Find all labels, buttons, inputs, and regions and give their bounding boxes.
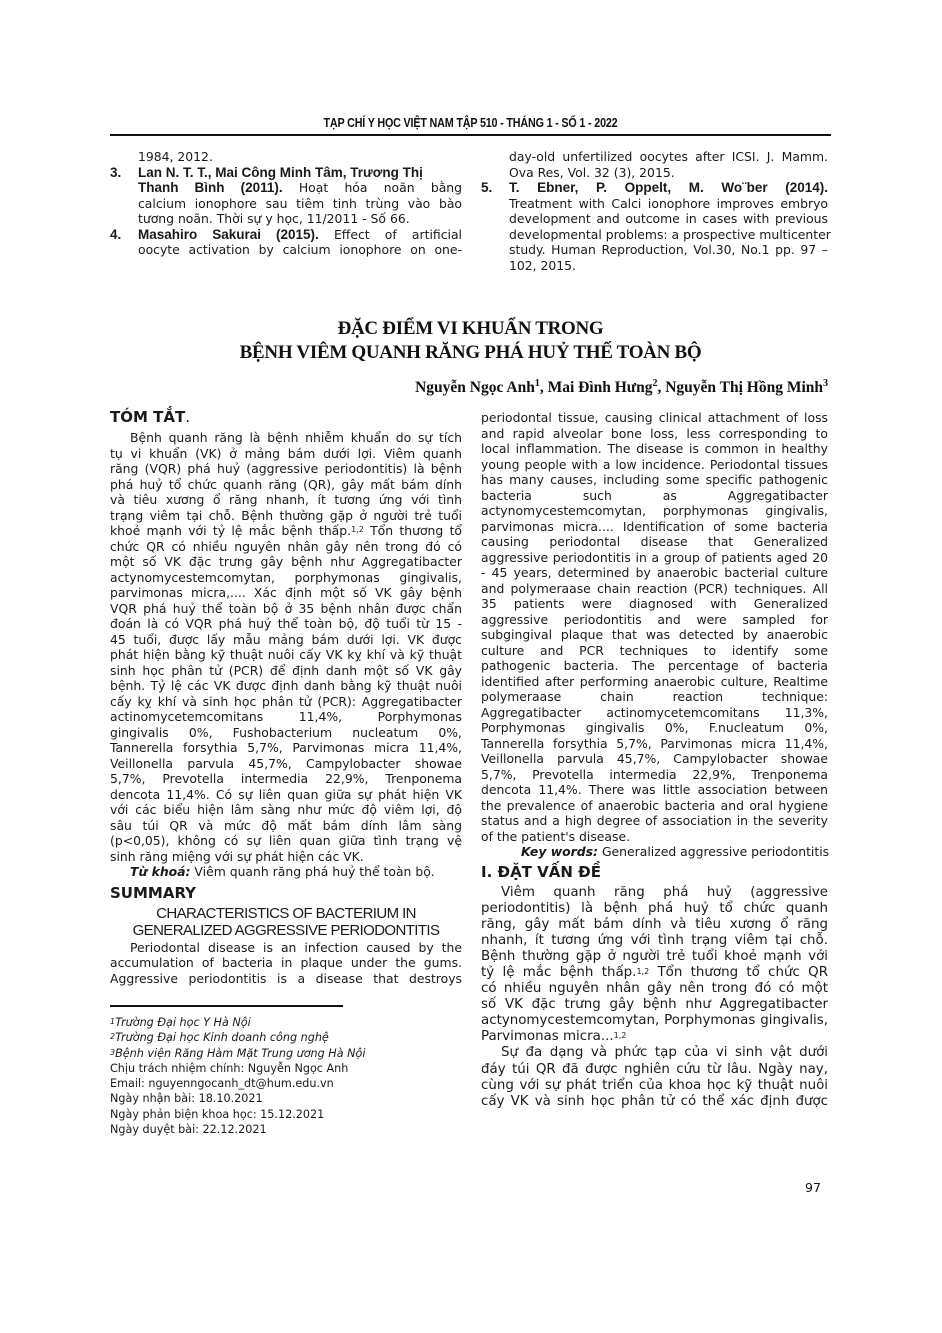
journal-running-header: TẠP CHÍ Y HỌC VIỆT NAM TẬP 510 - THÁNG 1…: [160, 116, 780, 130]
right-column: periodontal tissue, causing clinical att…: [481, 410, 828, 1110]
left-column: TÓM TẮT. Bệnh quanh răng là bệnh nhiễm k…: [110, 410, 462, 986]
references-right: day-old unfertilized oocytes after ICSI.…: [481, 149, 828, 273]
reference-number: 5.: [481, 180, 492, 196]
article-title-line-2: BỆNH VIÊM QUANH RĂNG PHÁ HUỶ THẾ TOÀN BỘ: [110, 342, 831, 364]
keywords-vi: Từ khoá: Viêm quanh răng phá huỷ thể toà…: [110, 864, 462, 880]
summary-title-line-2: GENERALIZED AGGRESSIVE PERIODONTITIS: [110, 923, 462, 940]
section-1-body: Viêm quanh răng phá huỷ (aggressive peri…: [481, 885, 828, 1110]
author-name: Nguyễn Thị Hồng Minh: [665, 379, 823, 396]
reference-continuation: day-old unfertilized oocytes after ICSI.…: [481, 149, 828, 180]
abstract-heading: TÓM TẮT.: [110, 410, 462, 430]
summary-body-right: periodontal tissue, causing clinical att…: [481, 410, 828, 860]
keywords-en: Key words: Generalized aggressive period…: [481, 844, 828, 860]
reference-item-4: 4. Masahiro Sakurai (2015). Effect of ar…: [110, 227, 462, 258]
author-list: Nguyễn Ngọc Anh1, Mai Đình Hưng2, Nguyễn…: [300, 378, 828, 397]
author-name: Nguyễn Ngọc Anh: [415, 379, 535, 396]
reference-number: 4.: [110, 227, 121, 243]
date-received: Ngày nhận bài: 18.10.2021: [110, 1091, 462, 1106]
author-affiliation-sup: 1: [535, 378, 540, 389]
date-accepted: Ngày duyệt bài: 22.12.2021: [110, 1122, 462, 1137]
reference-number: 3.: [110, 165, 121, 181]
references-left: 1984, 2012. 3. Lan N. T. T., Mai Công Mi…: [110, 149, 462, 258]
abstract-vi-body: Bệnh quanh răng là bệnh nhiễm khuẩn do s…: [110, 430, 462, 880]
author-name: Mai Đình Hưng: [548, 379, 653, 396]
summary-body-left: Periodontal disease is an infection caus…: [110, 940, 462, 987]
footnotes: 1Trường Đại học Y Hà Nội 2Trường Đại học…: [110, 1015, 462, 1137]
affiliation-1: 1Trường Đại học Y Hà Nội: [110, 1015, 462, 1030]
reference-item-3: 3. Lan N. T. T., Mai Công Minh Tâm, Trươ…: [110, 165, 462, 227]
author-affiliation-sup: 3: [823, 378, 828, 389]
reference-continuation: 1984, 2012.: [110, 149, 462, 165]
affiliation-2: 2Trường Đại học Kinh doanh công nghệ: [110, 1030, 462, 1045]
corresponding-email: Email: nguyenngocanh_dt@hum.edu.vn: [110, 1076, 462, 1091]
affiliation-3: 3Bệnh viện Răng Hàm Mặt Trung ương Hà Nộ…: [110, 1046, 462, 1061]
header-rule: [110, 134, 831, 136]
date-reviewed: Ngày phản biện khoa học: 15.12.2021: [110, 1107, 462, 1122]
reference-item-5: 5. T. Ebner, P. Oppelt, M. Wo¨ber (2014)…: [481, 180, 828, 273]
summary-heading: SUMMARY: [110, 886, 462, 906]
page-number: 97: [805, 1180, 821, 1195]
summary-title-line-1: CHARACTERISTICS OF BACTERIUM IN: [110, 906, 462, 923]
author-affiliation-sup: 2: [652, 378, 657, 389]
article-title-line-1: ĐẶC ĐIỂM VI KHUẨN TRONG: [110, 318, 831, 340]
corresponding-author: Chịu trách nhiệm chính: Nguyễn Ngọc Anh: [110, 1061, 462, 1076]
footnote-rule: [110, 1005, 343, 1007]
section-1-heading: I. ĐẶT VẤN ĐỀ: [481, 865, 828, 885]
